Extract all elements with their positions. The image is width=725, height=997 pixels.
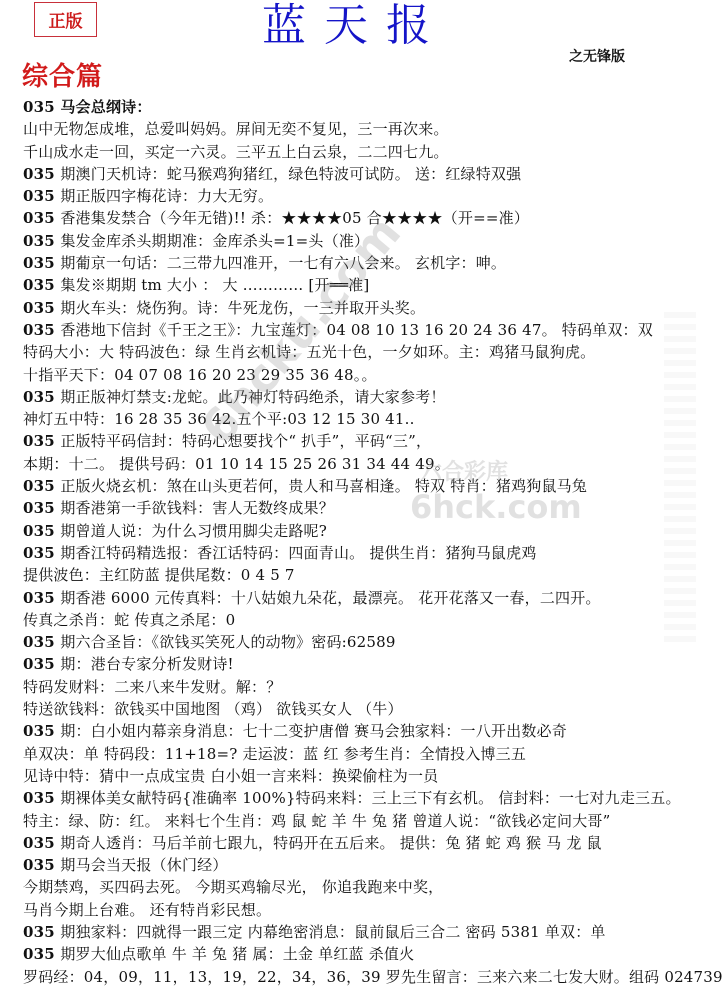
issue-number: 035 (23, 388, 60, 406)
text-line: 神灯五中特：16 28 35 36 42.五个平:03 12 15 30 41.… (23, 408, 703, 430)
issue-number: 035 (23, 321, 60, 339)
line-text: 期独家料：四就得一跟三定 内幕绝密消息：鼠前鼠后三合二 密码 5381 单双：单 (60, 923, 605, 941)
issue-number: 035 (23, 589, 60, 607)
text-line: 035 期独家料：四就得一跟三定 内幕绝密消息：鼠前鼠后三合二 密码 5381 … (23, 921, 703, 943)
line-text: 马肖今期上台难。 还有特肖彩民想。 (23, 901, 271, 919)
issue-number: 035 (23, 522, 60, 540)
issue-number: 035 (23, 834, 60, 852)
text-line: 035 香港地下信封《千王之王》：九宝莲灯：04 08 10 13 16 20 … (23, 319, 703, 341)
line-text: 期：白小姐内幕亲身消息：七十二变护唐僧 赛马会独家料：一八开出数必奇 (60, 722, 567, 740)
side-watermark-strip (664, 312, 696, 642)
text-line: 035 期奇人透肖：马后羊前七跟九，特码开在五后来。 提供：兔 猪 蛇 鸡 猴 … (23, 832, 703, 854)
line-text: 特主：绿、防：红。 来料七个生肖：鸡 鼠 蛇 羊 牛 兔 猪 曾道人说：“欲钱必… (23, 812, 611, 830)
line-text: 本期：十二。 提供号码：01 10 14 15 25 26 31 34 44 4… (23, 455, 450, 473)
text-line: 035 期香江特码精选报：香江话特码：四面青山。 提供生肖：猪狗马鼠虎鸡 (23, 542, 703, 564)
line-text: 传真之杀肖：蛇 传真之杀尾：0 (23, 611, 235, 629)
issue-number: 035 (23, 945, 60, 963)
text-line: 马肖今期上台难。 还有特肖彩民想。 (23, 899, 703, 921)
issue-number: 035 (23, 276, 60, 294)
line-text: 期马会当天报（休门经） (60, 856, 227, 874)
line-text: 期正版四字梅花诗：力大无穷。 (60, 187, 273, 205)
line-text: 正版火烧玄机：煞在山头更若何，贵人和马喜相逢。 特双 特肖：猪鸡狗鼠马兔 (60, 477, 587, 495)
line-text: 期香港 6000 元传真料：十八姑娘九朵花，最漂亮。 花开花落又一春，二四开。 (60, 589, 600, 607)
line-text: 特码发财料：二来八来牛发财。解：？ (23, 678, 281, 696)
line-text: 集发金库杀头期期准：金库杀头=1=头（准） (60, 232, 369, 250)
text-line: 035 期：港台专家分析发财诗! (23, 653, 703, 675)
line-text: 今期禁鸡，买四码去死。 今期买鸡输尽光， 你追我跑来中奖， (23, 878, 443, 896)
issue-number: 035 (23, 432, 60, 450)
line-text: 期正版神灯禁支:龙蛇。此乃神灯特码绝杀，请大家参考！ (60, 388, 445, 406)
text-line: 035 期曾道人说：为什么习惯用脚尖走路呢? (23, 520, 703, 542)
text-line: 035 期裸体美女献特码{准确率 100%}特码来料：三上三下有玄机。 信封料：… (23, 787, 703, 809)
line-text: 期曾道人说：为什么习惯用脚尖走路呢? (60, 522, 327, 540)
text-line: 特主：绿、防：红。 来料七个生肖：鸡 鼠 蛇 羊 牛 兔 猪 曾道人说：“欲钱必… (23, 810, 703, 832)
issue-number: 035 (23, 544, 60, 562)
text-line: 今期禁鸡，买四码去死。 今期买鸡输尽光， 你追我跑来中奖， (23, 876, 703, 898)
issue-number: 035 (23, 209, 60, 227)
text-line: 035 期香港 6000 元传真料：十八姑娘九朵花，最漂亮。 花开花落又一春，二… (23, 587, 703, 609)
text-line: 见诗中特：猜中一点成宝贵 白小姐一言来料：换梁偷柱为一员 (23, 765, 703, 787)
text-line: 特码发财料：二来八来牛发财。解：？ (23, 676, 703, 698)
issue-number: 035 (23, 187, 60, 205)
issue-number: 035 (23, 633, 60, 651)
text-line: 035 马会总纲诗： (23, 96, 703, 118)
issue-number: 035 (23, 923, 60, 941)
text-line: 035 期：白小姐内幕亲身消息：七十二变护唐僧 赛马会独家料：一八开出数必奇 (23, 720, 703, 742)
line-text: 期火车头：烧伤狗。诗：牛死龙伤，一三并取开头奖。 (60, 299, 425, 317)
line-text: 期裸体美女献特码{准确率 100%}特码来料：三上三下有玄机。 信封料：一七对九… (60, 789, 680, 807)
issue-number: 035 (23, 165, 60, 183)
line-text: 马会总纲诗： (60, 98, 151, 116)
text-line: 特码大小：大 特码波色：绿 生肖玄机诗：五光十色，一夕如环。主：鸡猪马鼠狗虎。 (23, 341, 703, 363)
line-text: 单双决：单 特码段：11+18=? 走运波：蓝 红 参考生肖：全情投入博三五 (23, 745, 526, 763)
line-text: 期六合圣旨：《欲钱买笑死人的动物》密码:62589 (60, 633, 395, 651)
line-text: 十指平天下：04 07 08 16 20 23 29 35 36 48。。 (23, 366, 377, 384)
text-line: 单双决：单 特码段：11+18=? 走运波：蓝 红 参考生肖：全情投入博三五 (23, 743, 703, 765)
document-body: 035 马会总纲诗： 山中无物怎成堆，总爱叫妈妈。屏间无奕不复见，三一再次来。 … (23, 96, 703, 988)
text-line: 千山成水走一回，买定一六灵。三平五上白云泉，二二四七九。 (23, 141, 703, 163)
issue-number: 035 (23, 499, 60, 517)
text-line: 035 正版火烧玄机：煞在山头更若何，贵人和马喜相逢。 特双 特肖：猪鸡狗鼠马兔 (23, 475, 703, 497)
issue-number: 035 (23, 856, 60, 874)
text-line: 035 期澳门天机诗：蛇马猴鸡狗猪红，绿色特波可试防。 送：红绿特双强 (23, 163, 703, 185)
text-line: 035 集发金库杀头期期准：金库杀头=1=头（准） (23, 230, 703, 252)
line-text: 千山成水走一回，买定一六灵。三平五上白云泉，二二四七九。 (23, 143, 449, 161)
line-text: 集发※期期 tm 大小 ： 大 ………… [开══准] (60, 276, 369, 294)
line-text: 期澳门天机诗：蛇马猴鸡狗猪红，绿色特波可试防。 送：红绿特双强 (60, 165, 521, 183)
issue-number: 035 (23, 655, 60, 673)
line-text: 期香港第一手欲钱料：害人无数终成果？ (60, 499, 334, 517)
edition-label: 之无锋版 (569, 46, 625, 66)
text-line: 035 香港集发禁合（今年无错)!! 杀：★★★★05 合★★★★（开==准） (23, 207, 703, 229)
issue-number: 035 (23, 299, 60, 317)
line-text: 期香江特码精选报：香江话特码：四面青山。 提供生肖：猪狗马鼠虎鸡 (60, 544, 536, 562)
text-line: 035 期正版四字梅花诗：力大无穷。 (23, 185, 703, 207)
line-text: 神灯五中特：16 28 35 36 42.五个平:03 12 15 30 41.… (23, 410, 415, 428)
issue-number: 035 (23, 722, 60, 740)
text-line: 035 正版特平码信封：特码心想要找个“ 扒手”，平码“三”， (23, 430, 703, 452)
line-text: 正版特平码信封：特码心想要找个“ 扒手”，平码“三”， (60, 432, 431, 450)
issue-number: 035 (23, 232, 60, 250)
text-line: 035 期马会当天报（休门经） (23, 854, 703, 876)
text-line: 035 期火车头：烧伤狗。诗：牛死龙伤，一三并取开头奖。 (23, 297, 703, 319)
issue-number: 035 (23, 98, 60, 116)
issue-number: 035 (23, 789, 60, 807)
text-line: 本期：十二。 提供号码：01 10 14 15 25 26 31 34 44 4… (23, 453, 703, 475)
line-text: 见诗中特：猜中一点成宝贵 白小姐一言来料：换梁偷柱为一员 (23, 767, 438, 785)
issue-number: 035 (23, 254, 60, 272)
official-stamp: 正版 (34, 2, 97, 37)
line-text: 期：港台专家分析发财诗! (60, 655, 233, 673)
text-line: 特送欲钱料：欲钱买中国地图 （鸡） 欲钱买女人 （牛） (23, 698, 703, 720)
line-text: 山中无物怎成堆，总爱叫妈妈。屏间无奕不复见，三一再次来。 (23, 120, 449, 138)
section-heading: 综合篇 (22, 56, 103, 93)
line-text: 提供波色：主红防蓝 提供尾数：0 4 5 7 (23, 566, 295, 584)
page-title: 蓝天报 (250, 0, 460, 52)
text-line: 传真之杀肖：蛇 传真之杀尾：0 (23, 609, 703, 631)
line-text: 期葡京一句话：二三带九四准开，一七有六八会来。 玄机字：呻。 (60, 254, 506, 272)
line-text: 香港地下信封《千王之王》：九宝莲灯：04 08 10 13 16 20 24 3… (60, 321, 653, 339)
text-line: 035 期罗大仙点歌单 牛 羊 兔 猪 属：土金 单红蓝 杀值火 (23, 943, 703, 965)
text-line: 提供波色：主红防蓝 提供尾数：0 4 5 7 (23, 564, 703, 586)
line-text: 香港集发禁合（今年无错)!! 杀：★★★★05 合★★★★（开==准） (60, 209, 529, 227)
issue-number: 035 (23, 477, 60, 495)
line-text: 特送欲钱料：欲钱买中国地图 （鸡） 欲钱买女人 （牛） (23, 700, 403, 718)
text-line: 山中无物怎成堆，总爱叫妈妈。屏间无奕不复见，三一再次来。 (23, 118, 703, 140)
text-line: 035 期六合圣旨：《欲钱买笑死人的动物》密码:62589 (23, 631, 703, 653)
line-text: 罗码经：04，09，11，13，19，22，34，36，39 罗先生留言：三来六… (23, 968, 723, 986)
line-text: 特码大小：大 特码波色：绿 生肖玄机诗：五光十色，一夕如环。主：鸡猪马鼠狗虎。 (23, 343, 595, 361)
text-line: 035 期葡京一句话：二三带九四准开，一七有六八会来。 玄机字：呻。 (23, 252, 703, 274)
text-line: 十指平天下：04 07 08 16 20 23 29 35 36 48。。 (23, 364, 703, 386)
text-line: 罗码经：04，09，11，13，19，22，34，36，39 罗先生留言：三来六… (23, 966, 703, 988)
text-line: 035 期香港第一手欲钱料：害人无数终成果？ (23, 497, 703, 519)
line-text: 期奇人透肖：马后羊前七跟九，特码开在五后来。 提供：兔 猪 蛇 鸡 猴 马 龙 … (60, 834, 601, 852)
text-line: 035 集发※期期 tm 大小 ： 大 ………… [开══准] (23, 274, 703, 296)
line-text: 期罗大仙点歌单 牛 羊 兔 猪 属：土金 单红蓝 杀值火 (60, 945, 414, 963)
text-line: 035 期正版神灯禁支:龙蛇。此乃神灯特码绝杀，请大家参考！ (23, 386, 703, 408)
